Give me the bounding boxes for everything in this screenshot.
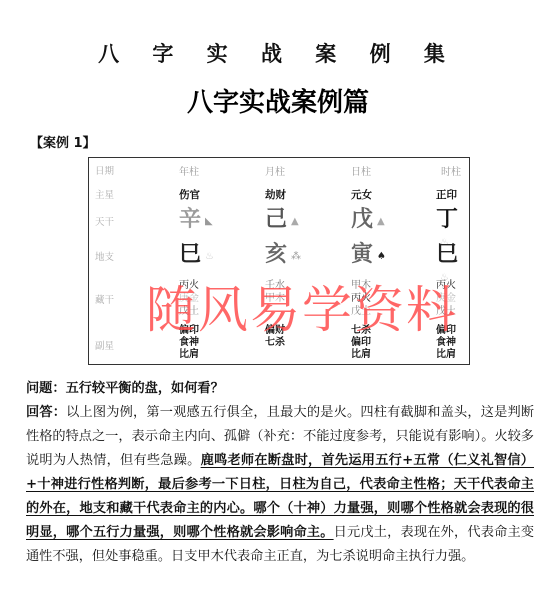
header-month: 月柱: [265, 163, 285, 178]
hidden-stems-month: 壬水 甲木: [265, 279, 285, 305]
header-hour: 时柱: [441, 163, 461, 178]
sub-star: 偏印: [179, 325, 199, 337]
bazi-chart: 日期 年柱 月柱 日柱 时柱 主星 伤官 劫财 元女 正印 天干 辛◣ 己▲ 戊…: [88, 157, 470, 365]
stem-char: 丁: [436, 207, 458, 232]
hidden-stem: 戊土: [179, 305, 199, 318]
document-title: 八 字 实 战 案 例 集: [0, 38, 556, 68]
hidden-stem: 甲木: [265, 292, 285, 305]
stem-month: 己▲: [265, 208, 299, 232]
question-label: 问题：: [26, 381, 66, 396]
case-label: 【案例 1】: [30, 132, 96, 151]
header-year: 年柱: [179, 163, 199, 178]
main-star-hour: 正印: [436, 187, 457, 202]
row-label-sub-stars: 副星: [95, 338, 114, 352]
branch-char: 亥: [265, 242, 287, 267]
question-text: 五行较平衡的盘，如何看？: [66, 381, 224, 396]
fire-icon: ♨: [205, 251, 214, 262]
stem-char: 辛: [179, 207, 201, 232]
sub-star: 比肩: [179, 349, 199, 361]
sub-star: 偏印: [436, 325, 456, 337]
sub-star: 食神: [179, 337, 199, 349]
hidden-stem: 甲木: [351, 279, 371, 292]
row-label-branch: 地支: [95, 249, 114, 263]
header-day: 日柱: [351, 163, 371, 178]
sub-star: 七杀: [265, 337, 285, 349]
main-star-year: 伤官: [179, 187, 200, 202]
stem-year: 辛◣: [179, 208, 213, 232]
sub-star: 偏印: [351, 337, 371, 349]
earth-icon: ▲: [291, 216, 299, 227]
hidden-stems-year: 丙火 庚金 戊土: [179, 279, 199, 318]
hidden-stem: 丙火: [436, 279, 456, 292]
main-star-day: 元女: [351, 187, 372, 202]
document-subtitle: 八字实战案例篇: [0, 82, 556, 119]
metal-icon: ◣: [205, 216, 213, 227]
main-star-month: 劫财: [265, 187, 286, 202]
hidden-stem: 丙火: [179, 279, 199, 292]
stem-day: 戊▲: [351, 208, 385, 232]
sub-star: 比肩: [351, 349, 371, 361]
stem-char: 己: [265, 207, 287, 232]
hidden-stem: 庚金: [179, 292, 199, 305]
answer: 回答：以上图为例，第一观感五行俱全，且最大的是火。四柱有截脚和盖头，这是判断性格…: [26, 401, 534, 569]
hidden-stem: 丙火: [351, 292, 371, 305]
row-label-stem: 天干: [95, 214, 114, 228]
qa-section: 问题：五行较平衡的盘，如何看？ 回答：以上图为例，第一观感五行俱全，且最大的是火…: [26, 377, 534, 569]
branch-month: 亥⁂: [265, 243, 301, 267]
hidden-stem: 壬水: [265, 279, 285, 292]
hidden-stem: 戊土: [351, 305, 371, 318]
sub-stars-month: 偏财 七杀: [265, 325, 285, 349]
hidden-stem: 庚金: [436, 292, 456, 305]
water-icon: ⁂: [291, 251, 301, 262]
sub-star: 食神: [436, 337, 456, 349]
branch-char: 巳: [436, 242, 458, 267]
sub-stars-day: 七杀 偏印 比肩: [351, 325, 371, 361]
row-label-hidden-stems: 藏干: [95, 292, 114, 306]
branch-day: 寅♠: [351, 243, 386, 267]
branch-year: 巳♨: [179, 243, 214, 267]
sub-star: 偏财: [265, 325, 285, 337]
hidden-stems-hour: 丙火 庚金 戊土: [436, 279, 456, 318]
sub-stars-hour: 偏印 食神 比肩: [436, 325, 456, 361]
sub-stars-year: 偏印 食神 比肩: [179, 325, 199, 361]
wood-icon: ♠: [377, 251, 386, 262]
branch-char: 巳: [179, 242, 201, 267]
earth-icon: ▲: [377, 216, 385, 227]
row-label-main-star: 主星: [95, 187, 114, 201]
hidden-stems-day: 甲木 丙火 戊土: [351, 279, 371, 318]
hidden-stem: 戊土: [436, 305, 456, 318]
branch-char: 寅: [351, 242, 373, 267]
question: 问题：五行较平衡的盘，如何看？: [26, 377, 534, 401]
answer-label: 回答：: [26, 405, 66, 420]
stem-char: 戊: [351, 207, 373, 232]
sub-star: 比肩: [436, 349, 456, 361]
sub-star: 七杀: [351, 325, 371, 337]
row-label-date: 日期: [95, 163, 114, 177]
